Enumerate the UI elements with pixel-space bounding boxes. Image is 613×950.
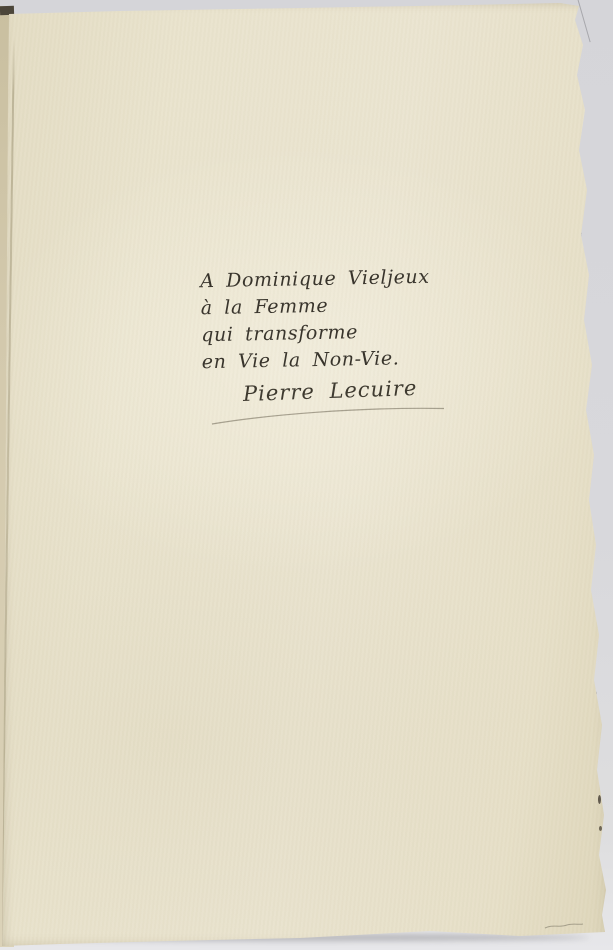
dedication-line-1: A Dominique Vieljeux	[200, 264, 430, 295]
pencil-flaw-mark	[543, 921, 585, 931]
deckle-edge-speck	[581, 232, 584, 237]
dedication-block: A Dominique Vieljeux à la Femme qui tran…	[200, 264, 431, 376]
pencil-underline	[208, 401, 448, 428]
photograph-background: A Dominique Vieljeux à la Femme qui tran…	[0, 0, 613, 950]
deckle-edge-speck	[598, 795, 601, 804]
book-page: A Dominique Vieljeux à la Femme qui tran…	[0, 0, 613, 950]
spine-dark-mark	[0, 6, 14, 15]
dedication-line-4: en Vie la Non-Vie.	[202, 345, 432, 376]
deckle-edge-speck	[599, 826, 602, 831]
deckle-edge-speck	[596, 688, 599, 695]
